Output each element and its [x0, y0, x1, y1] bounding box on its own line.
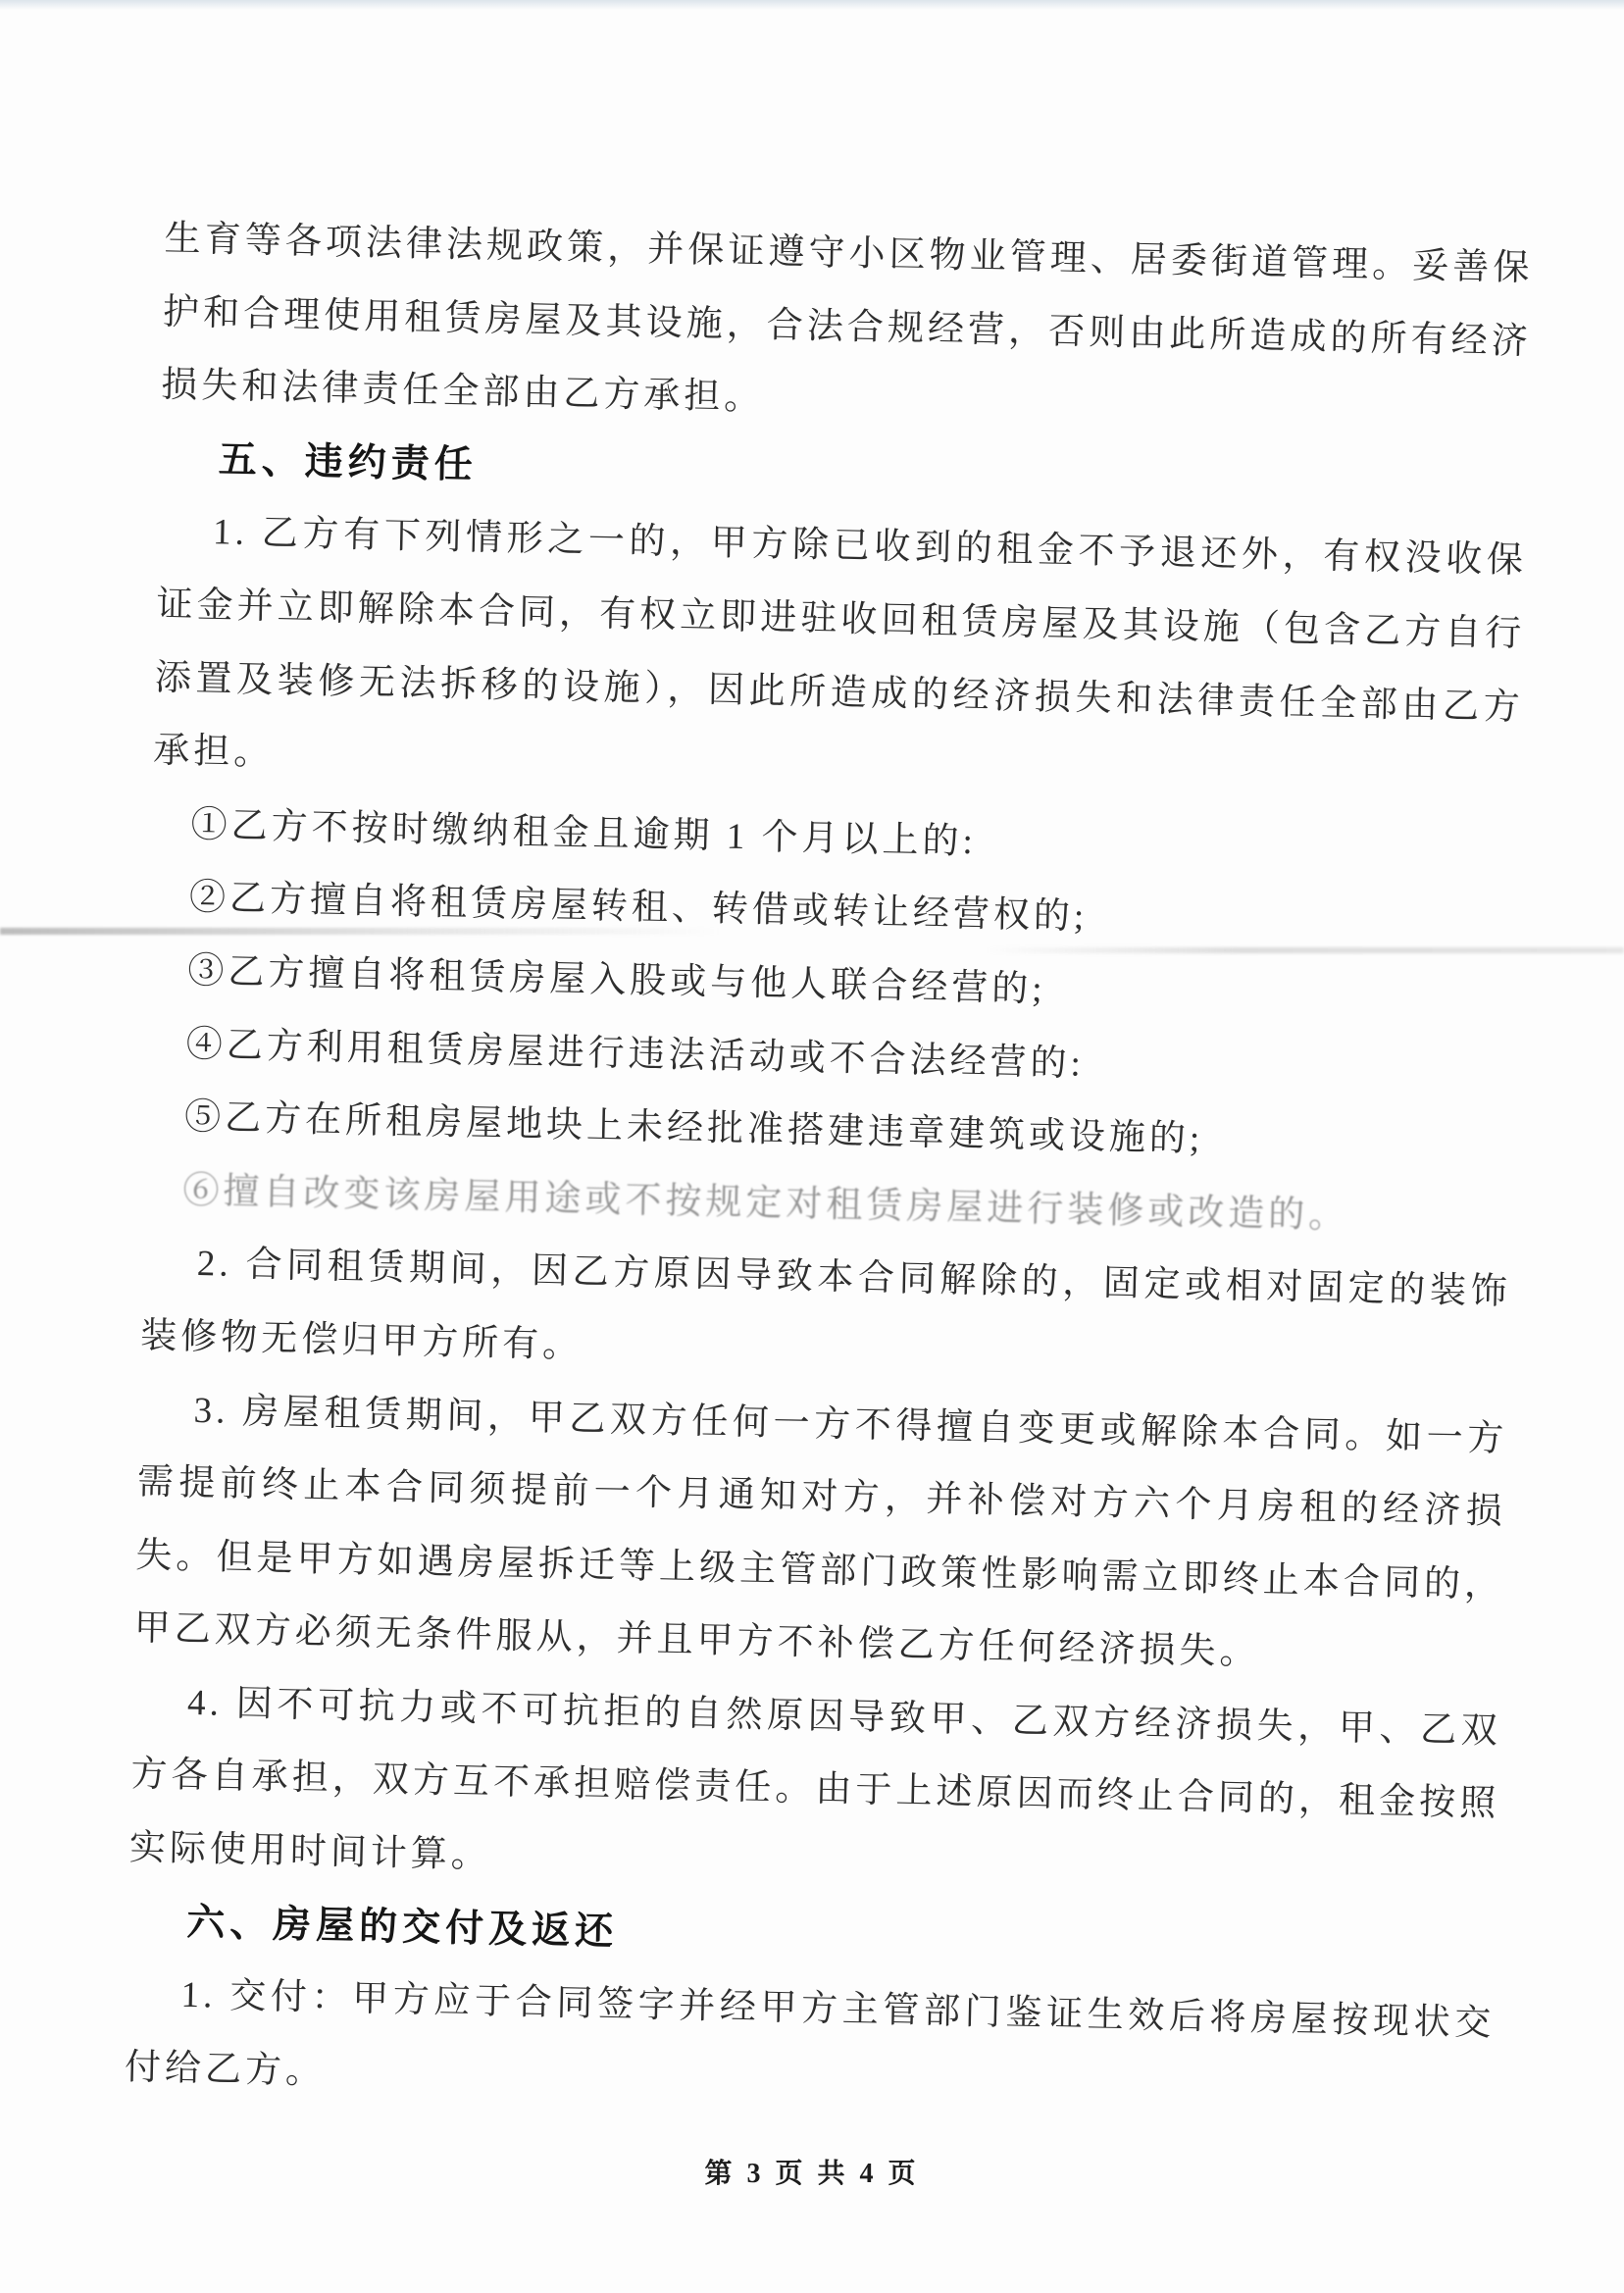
section-5-clause-4: 4. 因不可抗力或不可抗拒的自然原因导致甲、乙双方经济损失，甲、乙双方各自承担，…	[128, 1666, 1502, 1915]
paragraph-continuation: 生育等各项法律法规政策，并保证遵守小区物业管理、居委街道管理。妥善保护和合理使用…	[161, 203, 1535, 452]
scanned-contract-page: 生育等各项法律法规政策，并保证遵守小区物业管理、居委街道管理。妥善保护和合理使用…	[0, 0, 1624, 2293]
section-5-clause-3: 3. 房屋租赁期间，甲乙双方任何一方不得擅自变更或解除本合同。如一方需提前终止本…	[133, 1373, 1508, 1696]
document-content: 生育等各项法律法规政策，并保证遵守小区物业管理、居委街道管理。妥善保护和合理使用…	[124, 203, 1534, 2134]
section-5-clause-1: 1. 乙方有下列情形之一的，甲方除已收到的租金不予退还外，有权没收保证金并立即解…	[152, 495, 1527, 818]
section-5-clause-2: 2. 合同租赁期间，因乙方原因导致本合同解除的，固定或相对固定的装饰装修物无偿归…	[139, 1227, 1511, 1403]
scan-edge-artifact	[0, 0, 1624, 10]
page-number-footer: 第 3 页 共 4 页	[0, 2152, 1624, 2191]
section-6-clause-1: 1. 交付：甲方应于合同签字并经甲方主管部门鉴证生效后将房屋按现状交付给乙方。	[124, 1959, 1496, 2135]
